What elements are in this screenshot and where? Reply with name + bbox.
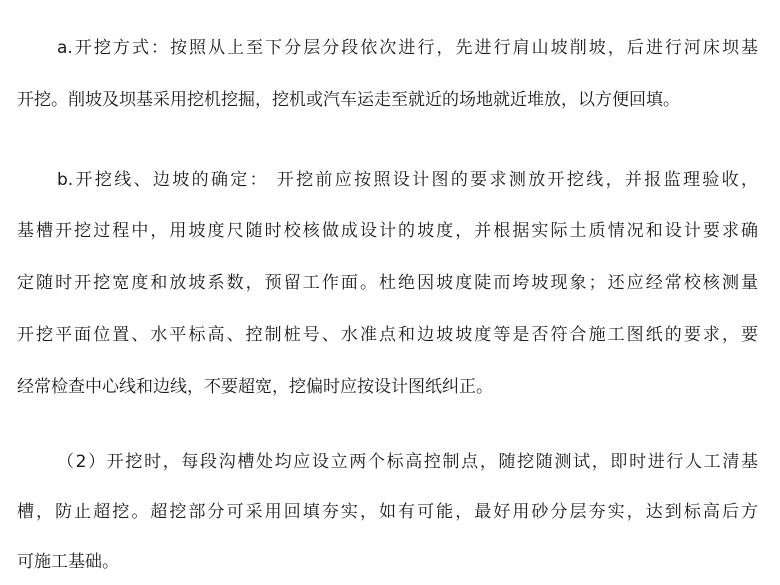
paragraph-b-line-4: 开挖平面位置、水平标高、控制桩号、水准点和边坡坡度等是否符合施工图纸的要求，要	[17, 323, 758, 347]
paragraph-2-line-1: （2）开挖时，每段沟槽处均应设立两个标高控制点，随挖随测试，即时进行人工清基	[57, 450, 758, 474]
paragraph-b-line-5: 经常检查中心线和边线，不要超宽，挖偏时应按设计图纸纠正。	[17, 375, 758, 399]
paragraph-a-line-1: a.开挖方式：按照从上至下分层分段依次进行，先进行肩山坡削坡，后进行河床坝基	[57, 36, 758, 60]
paragraph-2-line-3: 可施工基础。	[17, 550, 758, 574]
paragraph-b-line-1: b.开挖线、边坡的确定： 开挖前应按照设计图的要求测放开挖线，并报监理验收，	[57, 168, 758, 192]
paragraph-b-line-3: 定随时开挖宽度和放坡系数，预留工作面。杜绝因坡度陡而垮坡现象；还应经常校核测量	[17, 271, 758, 295]
paragraph-2-line-2: 槽，防止超挖。超挖部分可采用回填夯实，如有可能，最好用砂分层夯实，达到标高后方	[17, 500, 758, 524]
document-page: a.开挖方式：按照从上至下分层分段依次进行，先进行肩山坡削坡，后进行河床坝基 开…	[0, 0, 780, 585]
paragraph-b-line-2: 基槽开挖过程中，用坡度尺随时校核做成设计的坡度，并根据实际土质情况和设计要求确	[17, 219, 758, 243]
paragraph-a-line-2: 开挖。削坡及坝基采用挖机挖掘，挖机或汽车运走至就近的场地就近堆放，以方便回填。	[17, 88, 758, 112]
